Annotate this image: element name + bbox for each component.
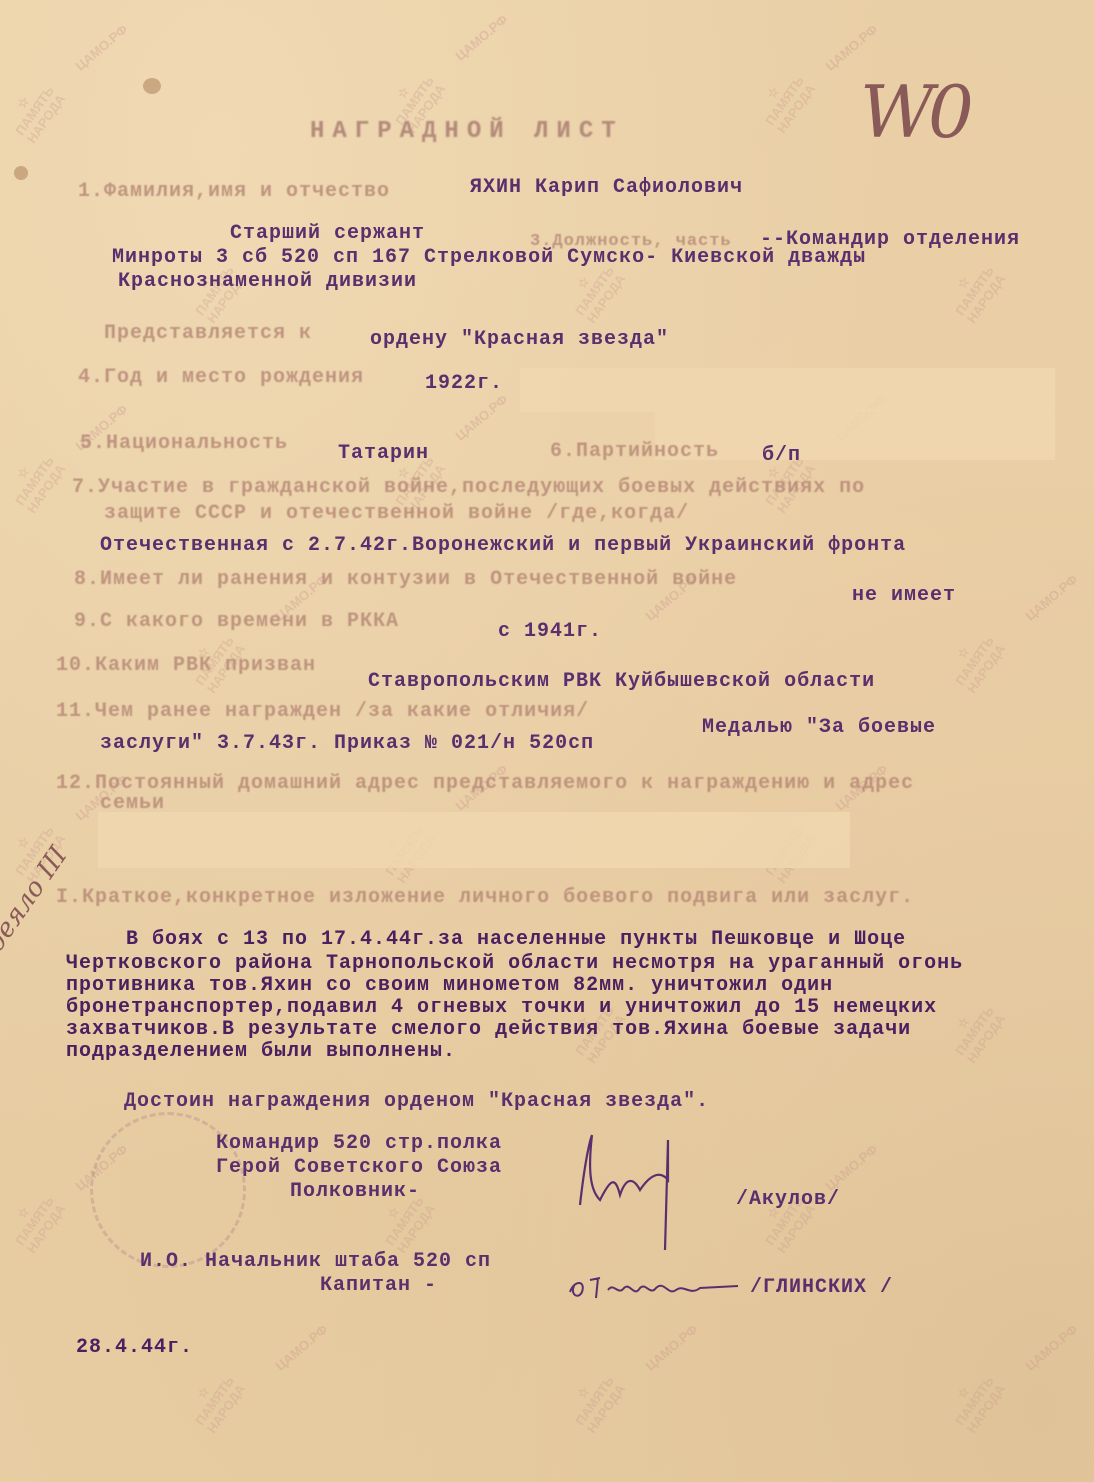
conclusion: Достоин награждения орденом "Красная зве… (124, 1090, 709, 1113)
commander-name: /Акулов/ (736, 1188, 840, 1211)
document-title: НАГРАДНОЙ ЛИСТ (310, 118, 624, 145)
watermark-project: ☆ПАМЯТЬ НАРОДА (558, 1360, 633, 1441)
commander-title-line2: Герой Советского Союза (216, 1156, 502, 1179)
narrative-line: подразделением были выполнены. (66, 1040, 456, 1063)
chief-of-staff-title: И.О. Начальник штаба 520 сп (140, 1250, 491, 1273)
field-9-value: с 1941г. (498, 620, 602, 643)
watermark-project: ☆ПАМЯТЬ НАРОДА (938, 1360, 1013, 1441)
watermark-project: ☆ПАМЯТЬ НАРОДА (748, 60, 823, 141)
field-4-value: 1922г. (425, 372, 503, 395)
chief-of-staff-name: /ГЛИНСКИХ / (750, 1276, 893, 1299)
watermark-archive: ЦАМО.РФ (823, 1141, 881, 1193)
field-3-unit-line2: Краснознаменной дивизии (118, 270, 417, 293)
chief-of-staff-signature (560, 1262, 760, 1312)
watermark-project: ☆ПАМЯТЬ НАРОДА (0, 1180, 72, 1261)
field-7-label-line1: 7.Участие в гражданской войне,последующи… (72, 476, 865, 499)
watermark-project: ☆ПАМЯТЬ НАРОДА (938, 250, 1013, 331)
watermark-project: ☆ПАМЯТЬ НАРОДА (0, 70, 72, 151)
field-4-label: 4.Год и место рождения (78, 366, 364, 389)
redacted-area (520, 368, 1055, 412)
watermark-archive: ЦАМО.РФ (453, 11, 511, 63)
watermark-archive: ЦАМО.РФ (823, 21, 881, 73)
watermark-archive: ЦАМО.РФ (1023, 1321, 1081, 1373)
stain (143, 78, 161, 94)
nominated-label: Представляется к (104, 322, 312, 345)
field-11-value-line1: Медалью "За боевые (702, 716, 936, 739)
redacted-area (98, 812, 850, 868)
stain (14, 166, 28, 180)
field-7-label-line2: защите СССР и отечественной войне /где,к… (104, 502, 689, 525)
narrative-line: Чертковского района Тарнопольской област… (66, 952, 963, 975)
field-3-unit-line1: Минроты 3 сб 520 сп 167 Стрелковой Сумск… (112, 246, 866, 269)
field-1-value: ЯХИН Карип Сафиолович (470, 176, 743, 199)
commander-rank: Полковник- (290, 1180, 420, 1203)
watermark-project: ☆ПАМЯТЬ НАРОДА (938, 620, 1013, 701)
field-12-label-line1: 12.Постоянный домашний адрес представляе… (56, 772, 914, 795)
field-13-label: I.Краткое,конкретное изложение личного б… (56, 886, 914, 909)
field-10-value: Ставропольским РВК Куйбышевской области (368, 670, 875, 693)
watermark-project: ☆ПАМЯТЬ НАРОДА (0, 440, 72, 521)
field-11-value-line2: заслуги" 3.7.43г. Приказ № 021/н 520сп (100, 732, 594, 755)
field-1-label: 1.Фамилия,имя и отчество (78, 180, 390, 203)
document-date: 28.4.44г. (76, 1336, 193, 1359)
watermark-archive: ЦАМО.РФ (73, 21, 131, 73)
field-6-label: 6.Партийность (550, 440, 719, 463)
field-5-label: 5.Национальность (80, 432, 288, 455)
nominated-value: ордену "Красная звезда" (370, 328, 669, 351)
watermark-project: ☆ПАМЯТЬ НАРОДА (178, 1360, 253, 1441)
field-9-label: 9.С какого времени в РККА (74, 610, 399, 633)
commander-title-line1: Командир 520 стр.полка (216, 1132, 502, 1155)
field-6-value: б/п (762, 444, 801, 467)
field-8-value: не имеет (852, 584, 956, 607)
commander-signature (560, 1120, 720, 1260)
watermark-archive: ЦАМО.РФ (1023, 571, 1081, 623)
narrative-line: бронетранспортер,подавил 4 огневых точки… (66, 996, 937, 1019)
watermark-archive: ЦАМО.РФ (453, 391, 511, 443)
handwritten-mark: W0 (860, 70, 968, 154)
narrative-line: захватчиков.В результате смелого действи… (66, 1018, 911, 1041)
narrative-line: В боях с 13 по 17.4.44г.за населенные пу… (126, 928, 906, 951)
watermark-project: ☆ПАМЯТЬ НАРОДА (938, 990, 1013, 1071)
watermark-archive: ЦАМО.РФ (273, 1321, 331, 1373)
chief-of-staff-rank: Капитан - (320, 1274, 437, 1297)
watermark-archive: ЦАМО.РФ (643, 1321, 701, 1373)
award-sheet-document: ЦАМО.РФ ЦАМО.РФ ЦАМО.РФ ЦАМО.РФ ЦАМО.РФ … (0, 0, 1094, 1482)
field-2-rank-value: Старший сержант (230, 222, 425, 245)
field-11-label: 11.Чем ранее награжден /за какие отличия… (56, 700, 589, 723)
field-10-label: 10.Каким РВК призван (56, 654, 316, 677)
field-7-value: Отечественная с 2.7.42г.Воронежский и пе… (100, 534, 906, 557)
field-5-value: Татарин (338, 442, 429, 465)
narrative-line: противника тов.Яхин со своим минометом 8… (66, 974, 833, 997)
field-8-label: 8.Имеет ли ранения и контузии в Отечеств… (74, 568, 737, 591)
